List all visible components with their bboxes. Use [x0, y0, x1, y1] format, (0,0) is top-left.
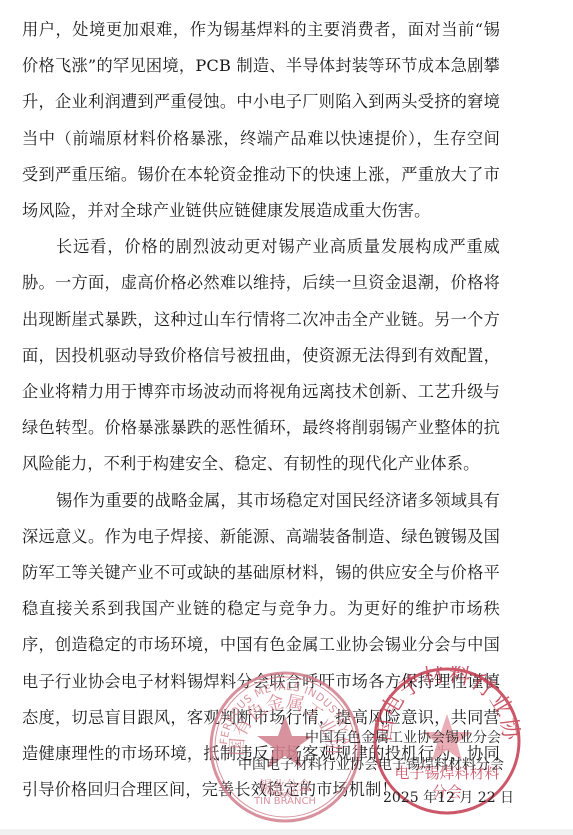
signature-date: 2025 年12 月 22 日	[383, 787, 514, 807]
signature-org-1: 中国有色金属工业协会锡业分会	[305, 727, 501, 747]
signature-org-2: 中国电子材料行业协会电子锡焊料材料分会	[238, 754, 504, 774]
document-page: 用户，处境更加艰难，作为锡基焊料的主要消费者，面对当前“锡价格飞涨”的罕见困境，…	[0, 0, 573, 835]
paragraph-2: 长远看，价格的剧烈波动更对锡产业高质量发展构成严重威胁。一方面，虚高价格必然难以…	[22, 229, 500, 482]
letter-body: 用户，处境更加艰难，作为锡基焊料的主要消费者，面对当前“锡价格飞涨”的罕见困境，…	[22, 12, 500, 808]
paragraph-1: 用户，处境更加艰难，作为锡基焊料的主要消费者，面对当前“锡价格飞涨”的罕见困境，…	[22, 12, 500, 229]
page-bottom-edge	[0, 829, 573, 835]
